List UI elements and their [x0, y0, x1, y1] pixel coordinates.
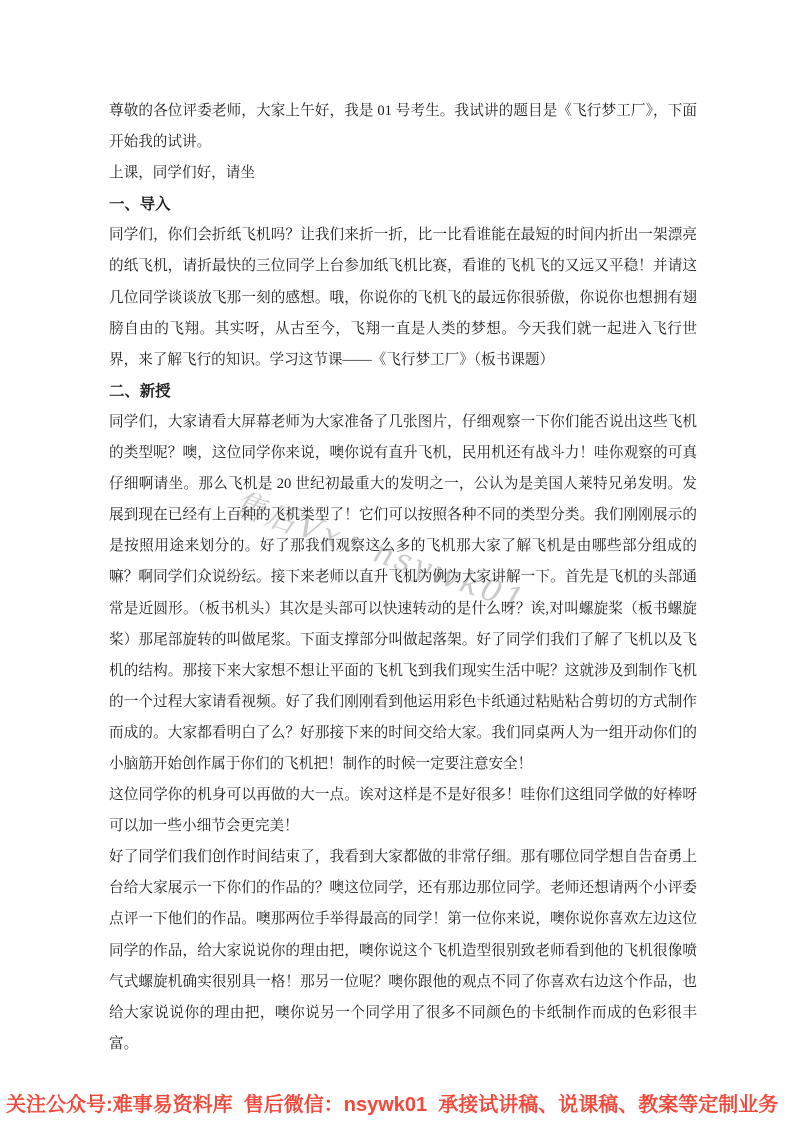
section-heading-new-lesson: 二、新授 — [109, 376, 697, 407]
paragraph-new-lesson: 同学们，大家请看大屏幕老师为大家准备了几张图片，仔细观察一下你们能否说出这些飞机… — [109, 407, 697, 780]
paragraph-class-start: 上课，同学们好，请坐 — [109, 158, 697, 189]
paragraph-student-feedback: 这位同学你的机身可以再做的大一点。诶对这样是不是好很多！哇你们这组同学做的好棒呀… — [109, 780, 697, 842]
paragraph-show-and-review: 好了同学们我们创作时间结束了，我看到大家都做的非常仔细。那有哪位同学想自告奋勇上… — [109, 842, 697, 1060]
section-heading-import: 一、导入 — [109, 189, 697, 220]
paragraph-import: 同学们，你们会折纸飞机吗？让我们来折一折，比一比看谁能在最短的时间内折出一架漂亮… — [109, 220, 697, 375]
document-body: 尊敬的各位评委老师，大家上午好，我是 01 号考生。我试讲的题目是《飞行梦工厂》… — [109, 96, 697, 1060]
paragraph-greeting: 尊敬的各位评委老师，大家上午好，我是 01 号考生。我试讲的题目是《飞行梦工厂》… — [109, 96, 697, 158]
document-page: 售后Vx：nsywk01 尊敬的各位评委老师，大家上午好，我是 01 号考生。我… — [0, 0, 793, 1122]
promo-footer: 关注公众号:难事易资料库 售后微信：nsywk01 承接试讲稿、说课稿、教案等定… — [0, 1092, 793, 1118]
